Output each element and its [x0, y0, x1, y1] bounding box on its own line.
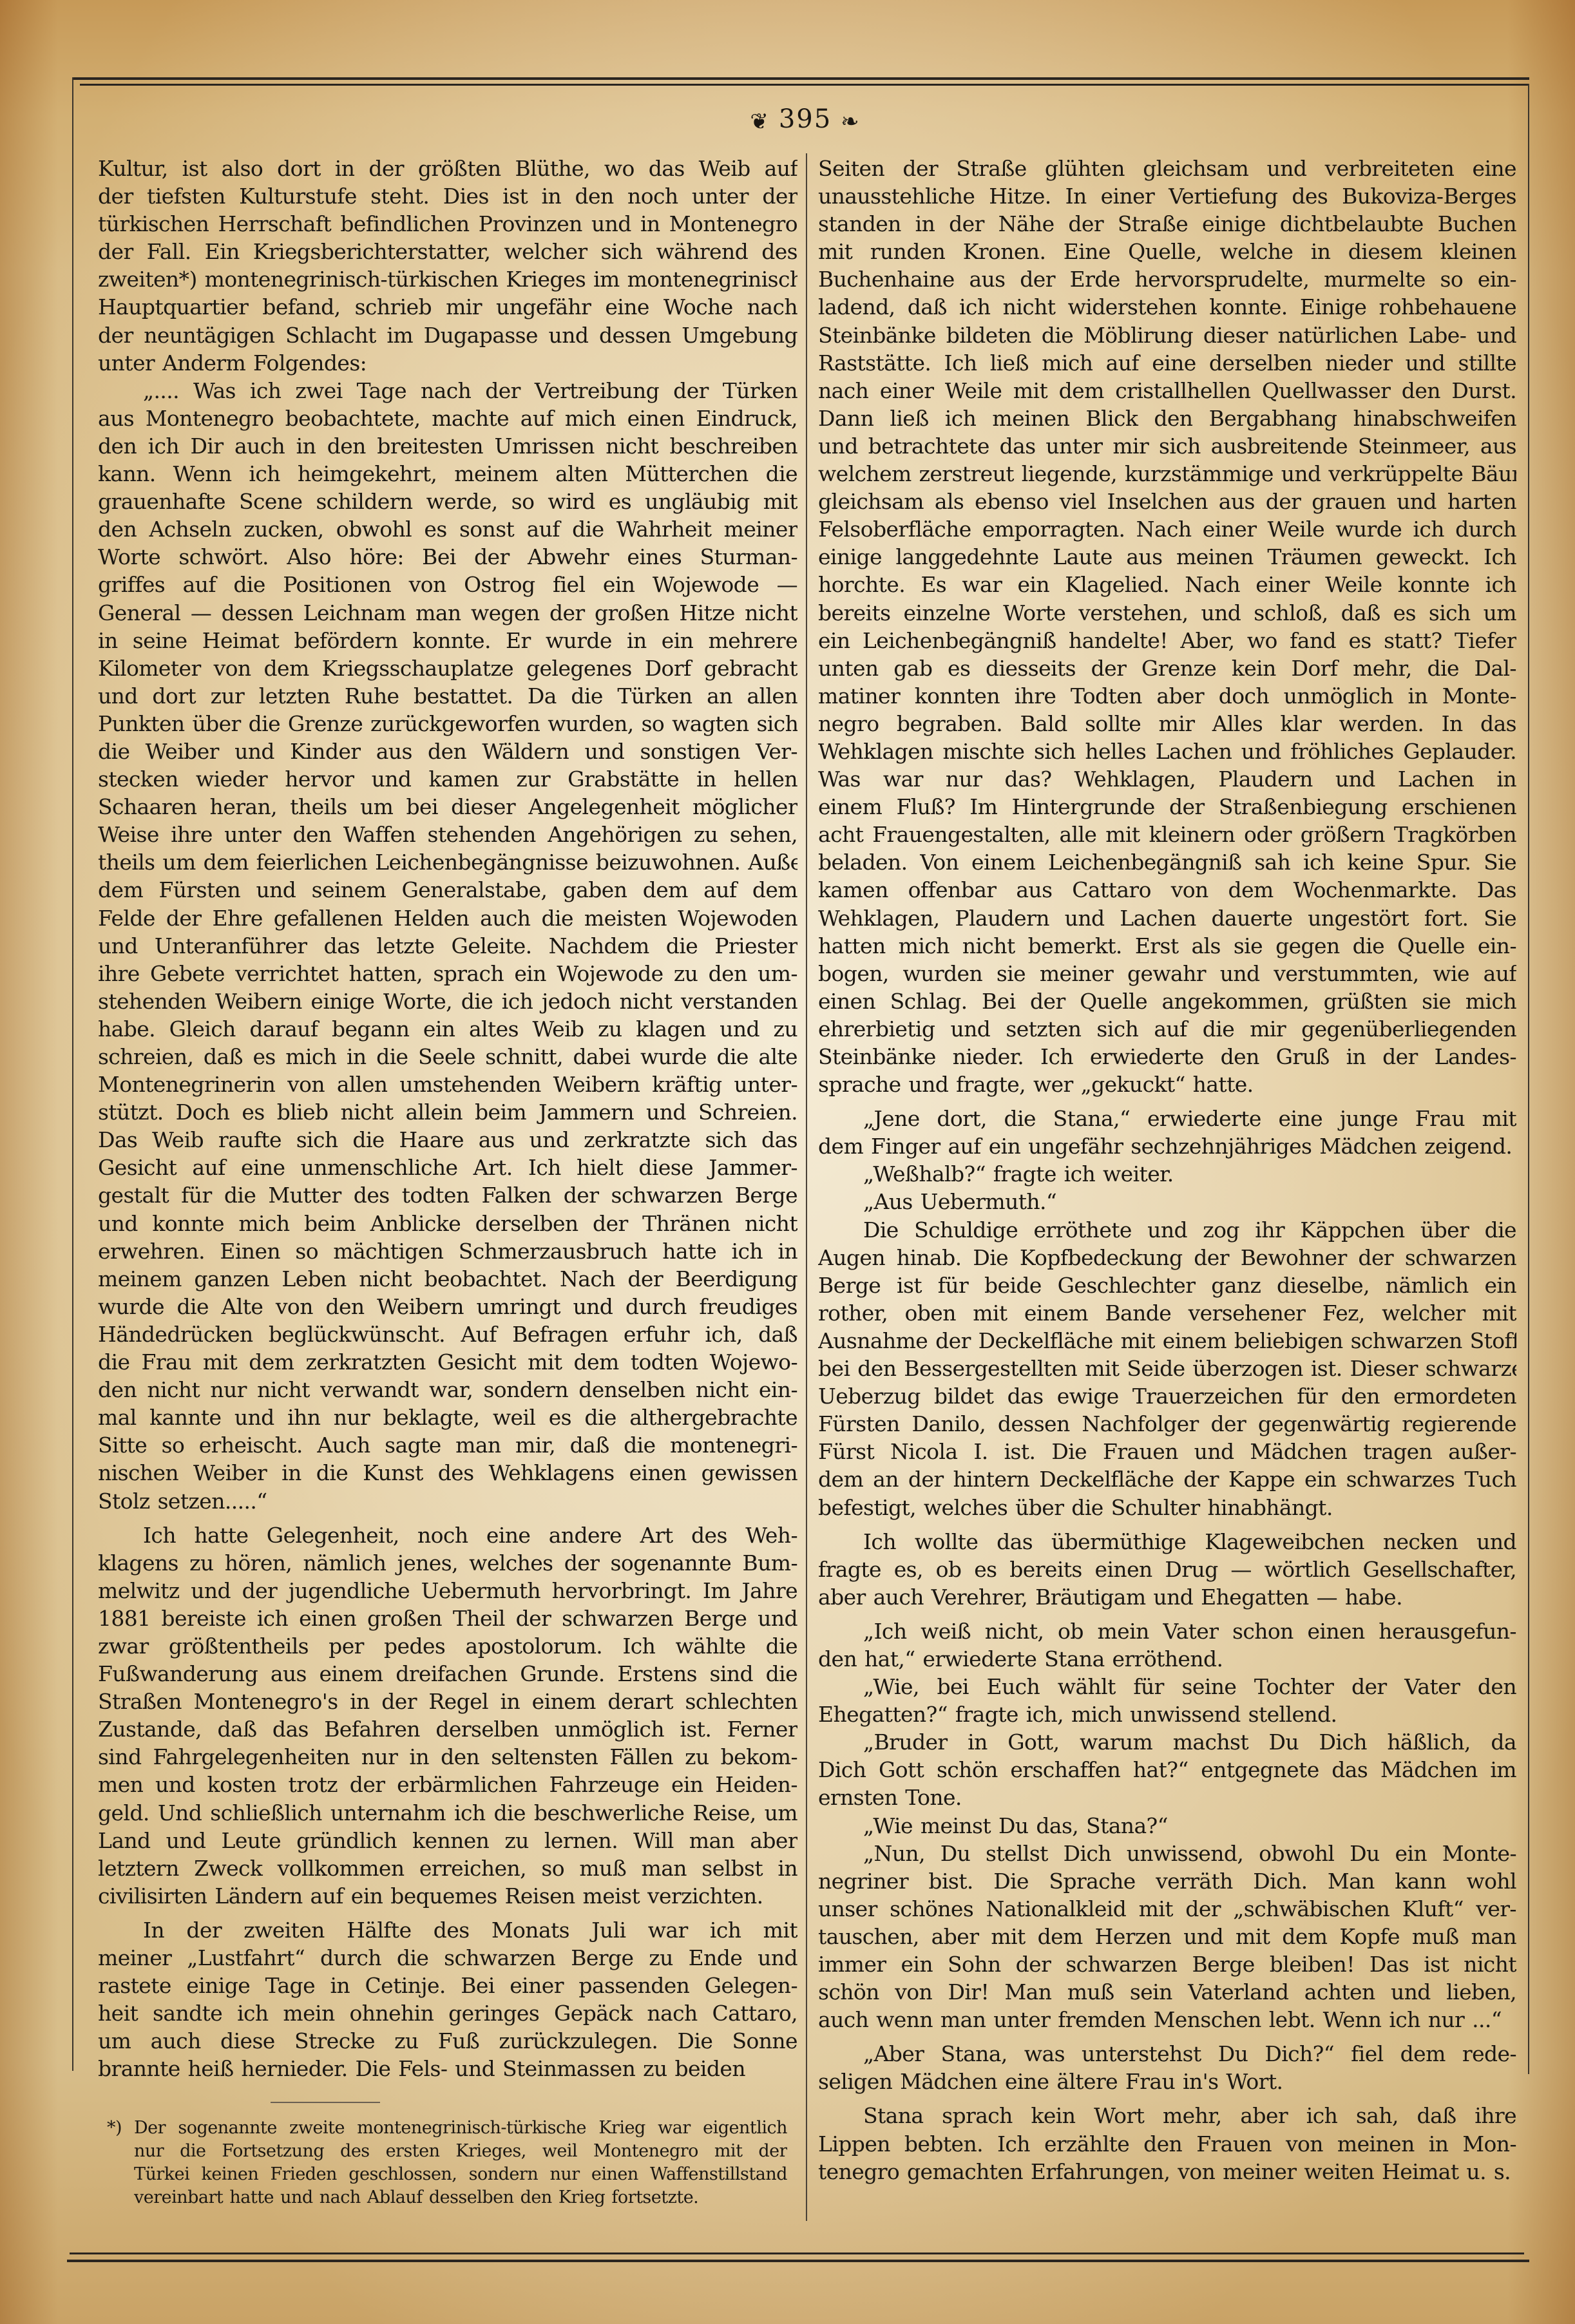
- paragraph-line: Fürst Nicola I. ist. Die Frauen und Mädc…: [818, 1438, 1516, 1465]
- paragraph-line: Die Schuldige erröthete und zog ihr Käpp…: [818, 1216, 1516, 1244]
- paragraph-line: rother, oben mit einem Bande versehener …: [818, 1299, 1516, 1327]
- paragraph-line: In der zweiten Hälfte des Monats Juli wa…: [98, 1916, 797, 1944]
- paragraph-line: sind Fahrgelegenheiten nur in den selten…: [98, 1743, 797, 1771]
- paragraph-line: „Nun, Du stellst Dich unwissend, obwohl …: [818, 1840, 1516, 1867]
- paragraph-line: negriner bist. Die Sprache verräth Dich.…: [818, 1867, 1516, 1895]
- paragraph-line: theils um dem feierlichen Leichenbegängn…: [98, 848, 797, 876]
- paragraph-line: matiner konnten ihre Todten aber doch un…: [818, 682, 1516, 710]
- paragraph-line: der neuntägigen Schlacht im Dugapasse un…: [98, 321, 797, 349]
- paragraph-line: Felde der Ehre gefallenen Helden auch di…: [98, 904, 797, 932]
- paragraph-line: den nicht nur nicht verwandt war, sonder…: [98, 1376, 797, 1404]
- paragraph-line: Schaaren heran, theils um bei dieser Ang…: [98, 793, 797, 821]
- paragraph-line: Dich Gott schön erschaffen hat?“ entgegn…: [818, 1756, 1516, 1784]
- paragraph-line: kamen offenbar aus Cattaro von dem Woche…: [818, 876, 1516, 904]
- paragraph-line: Ehegatten?“ fragte ich, mich unwissend s…: [818, 1700, 1516, 1728]
- paragraph-line: ein Leichenbegängniß handelte! Aber, wo …: [818, 627, 1516, 654]
- paragraph-line: standen in der Nähe der Straße einige di…: [818, 210, 1516, 238]
- paragraph-line: zweiten*) montenegrinisch-türkischen Kri…: [98, 265, 797, 293]
- paragraph-line: Was war nur das? Wehklagen, Plaudern und…: [818, 765, 1516, 793]
- paragraph-line: „.... Was ich zwei Tage nach der Vertrei…: [98, 377, 797, 405]
- paragraph-line: und betrachtete das unter mir sich ausbr…: [818, 432, 1516, 460]
- paragraph-line: habe. Gleich darauf begann ein altes Wei…: [98, 1015, 797, 1043]
- paragraph-line: Felsoberfläche emporragten. Nach einer W…: [818, 515, 1516, 543]
- footnote-line: Türkei keinen Frieden geschlossen, sonde…: [107, 2163, 787, 2186]
- paragraph-line: die Weiber und Kinder aus den Wäldern un…: [98, 738, 797, 765]
- paragraph-line: Ueberzug bildet das ewige Trauerzeichen …: [818, 1382, 1516, 1410]
- paragraph-line: unser schönes Nationalkleid mit der „sch…: [818, 1895, 1516, 1923]
- paragraph-line: immer ein Sohn der schwarzen Berge bleib…: [818, 1950, 1516, 1978]
- paragraph-line: General — dessen Leichnam man wegen der …: [98, 599, 797, 627]
- paragraph-line: der Fall. Ein Kriegsberichterstatter, we…: [98, 238, 797, 265]
- paragraph-line: Fußwanderung aus einem dreifachen Grunde…: [98, 1660, 797, 1688]
- paragraph-line: kann. Wenn ich heimgekehrt, meinem alten…: [98, 460, 797, 488]
- paragraph-line: beladen. Von einem Leichenbegängniß sah …: [818, 848, 1516, 876]
- paragraph-line: „Bruder in Gott, warum machst Du Dich hä…: [818, 1728, 1516, 1756]
- paragraph-line: Seiten der Straße glühten gleichsam und …: [818, 155, 1516, 182]
- paragraph-line: griffes auf die Positionen von Ostrog fi…: [98, 571, 797, 598]
- paragraph-line: schreien, daß es mich in die Seele schni…: [98, 1043, 797, 1071]
- paragraph-line: um auch diese Strecke zu Fuß zurückzuleg…: [98, 2027, 797, 2055]
- paragraph-line: Kultur, ist also dort in der größten Blü…: [98, 155, 797, 182]
- paragraph-line: zwar größtentheils per pedes apostolorum…: [98, 1632, 797, 1660]
- paragraph-line: grauenhafte Scene schildern werde, so wi…: [98, 488, 797, 515]
- paragraph-line: civilisirten Ländern auf ein bequemes Re…: [98, 1882, 797, 1910]
- paragraph-line: stecken wieder hervor und kamen zur Grab…: [98, 765, 797, 793]
- paragraph-line: und Unteranführer das letzte Geleite. Na…: [98, 932, 797, 960]
- paragraph-line: bei den Bessergestellten mit Seide überz…: [818, 1355, 1516, 1382]
- paragraph-line: den ich Dir auch in den breitesten Umris…: [98, 432, 797, 460]
- paragraph-line: schön von Dir! Man muß sein Vaterland ac…: [818, 1978, 1516, 2006]
- paragraph-line: dem an der hintern Deckelfläche der Kapp…: [818, 1465, 1516, 1493]
- paragraph-line: Das Weib raufte sich die Haare aus und z…: [98, 1126, 797, 1154]
- right-column: Seiten der Straße glühten gleichsam und …: [818, 155, 1516, 2186]
- paragraph-line: Ich wollte das übermüthige Klageweibchen…: [818, 1528, 1516, 1556]
- paragraph-line: letztern Zweck vollkommen erreichen, so …: [98, 1854, 797, 1882]
- paragraph-line: den Achseln zucken, obwohl es sonst auf …: [98, 515, 797, 543]
- paragraph-line: Land und Leute gründlich kennen zu lerne…: [98, 1827, 797, 1854]
- paragraph-line: dem Finger auf ein ungefähr sechzehnjähr…: [818, 1132, 1516, 1160]
- paragraph-line: ihre Gebete verrichtet hatten, sprach ei…: [98, 960, 797, 987]
- paragraph-line: Worte schwört. Also höre: Bei der Abwehr…: [98, 543, 797, 571]
- paragraph-line: klagens zu hören, nämlich jenes, welches…: [98, 1549, 797, 1577]
- paragraph-line: Ausnahme der Deckelfläche mit einem beli…: [818, 1327, 1516, 1355]
- paragraph-line: bereits einzelne Worte verstehen, und sc…: [818, 599, 1516, 627]
- paragraph-line: „Aber Stana, was unterstehst Du Dich?“ f…: [818, 2040, 1516, 2068]
- footnote-line: vereinbart hatte und nach Ablauf desselb…: [107, 2186, 787, 2209]
- paragraph-line: heit sandte ich mein ohnehin geringes Ge…: [98, 1999, 797, 2027]
- paragraph-line: Raststätte. Ich ließ mich auf eine derse…: [818, 349, 1516, 377]
- paragraph-line: Stolz setzen.....“: [98, 1487, 797, 1515]
- paragraph-line: „Wie meinst Du das, Stana?“: [818, 1812, 1516, 1840]
- paragraph-line: Dann ließ ich meinen Blick den Bergabhan…: [818, 405, 1516, 432]
- paragraph-line: melwitz und der jugendliche Uebermuth he…: [98, 1577, 797, 1605]
- paragraph-line: sprache und fragte, wer „gekuckt“ hatte.: [818, 1071, 1516, 1098]
- left-column: Kultur, ist also dort in der größten Blü…: [98, 155, 797, 2082]
- footnote: *) Der sogenannte zweite montenegrinisch…: [107, 2117, 787, 2209]
- paragraph-line: die Frau mit dem zerkratzten Gesicht mit…: [98, 1348, 797, 1376]
- paragraph-line: den hat,“ erwiederte Stana erröthend.: [818, 1645, 1516, 1673]
- ornament-left-icon: ❦: [750, 109, 770, 135]
- paragraph-line: horchte. Es war ein Klagelied. Nach eine…: [818, 571, 1516, 598]
- paragraph-line: tauschen, aber mit dem Herzen und mit de…: [818, 1923, 1516, 1950]
- footnote-line: Der sogenannte zweite montenegrinisch-tü…: [107, 2117, 787, 2140]
- paragraph-line: Stana sprach kein Wort mehr, aber ich sa…: [818, 2102, 1516, 2129]
- paragraph-line: Weise ihre unter den Waffen stehenden An…: [98, 821, 797, 848]
- paragraph-line: geld. Und schließlich unternahm ich die …: [98, 1799, 797, 1827]
- paragraph-line: nach einer Weile mit dem cristallhellen …: [818, 377, 1516, 405]
- paragraph-line: Buchenhaine aus der Erde hervorsprudelte…: [818, 265, 1516, 293]
- paragraph-line: 1881 bereiste ich einen großen Theil der…: [98, 1605, 797, 1632]
- footnote-rule: [271, 2102, 380, 2103]
- paragraph-line: Gesicht auf eine unmenschliche Art. Ich …: [98, 1154, 797, 1181]
- footnote-line: nur die Fortsetzung des ersten Krieges, …: [107, 2140, 787, 2163]
- page-header: ❦395❧: [709, 104, 902, 134]
- paragraph-line: negro begraben. Bald sollte mir Alles kl…: [818, 710, 1516, 738]
- paragraph-line: Fürsten Danilo, dessen Nachfolger der ge…: [818, 1410, 1516, 1438]
- paragraph-line: ladend, daß ich nicht widerstehen konnte…: [818, 293, 1516, 321]
- paragraph-line: tenegro gemachten Erfahrungen, von meine…: [818, 2158, 1516, 2186]
- paragraph-line: Punkten über die Grenze zurückgeworfen w…: [98, 710, 797, 738]
- paragraph-line: gleichsam als ebenso viel Inselchen aus …: [818, 488, 1516, 515]
- paragraph-line: „Weßhalb?“ fragte ich weiter.: [818, 1160, 1516, 1188]
- paragraph-line: meiner „Lustfahrt“ durch die schwarzen B…: [98, 1944, 797, 1972]
- paragraph-line: Wehklagen mischte sich helles Lachen und…: [818, 738, 1516, 765]
- paragraph-line: und dort zur letzten Ruhe bestattet. Da …: [98, 682, 797, 710]
- paragraph-line: mal kannte und ihn nur beklagte, weil es…: [98, 1404, 797, 1431]
- paragraph-line: aus Montenegro beobachtete, machte auf m…: [98, 405, 797, 432]
- paragraph-line: bogen, wurden sie meiner gewahr und vers…: [818, 960, 1516, 987]
- paragraph-line: befestigt, welches über die Schulter hin…: [818, 1494, 1516, 1521]
- paragraph-line: unausstehliche Hitze. In einer Vertiefun…: [818, 182, 1516, 210]
- paragraph-line: „Jene dort, die Stana,“ erwiederte eine …: [818, 1105, 1516, 1132]
- paragraph-line: einen Schlag. Bei der Quelle angekommen,…: [818, 987, 1516, 1015]
- paragraph-line: aber auch Verehrer, Bräutigam und Ehegat…: [818, 1583, 1516, 1611]
- paragraph-line: erwehren. Einen so mächtigen Schmerzausb…: [98, 1237, 797, 1265]
- paragraph-line: unten gab es diesseits der Grenze kein D…: [818, 654, 1516, 682]
- paragraph-line: und konnte mich beim Anblicke derselben …: [98, 1210, 797, 1237]
- paragraph-line: unter Anderm Folgendes:: [98, 349, 797, 377]
- paragraph-line: der tiefsten Kulturstufe steht. Dies ist…: [98, 182, 797, 210]
- paragraph-line: acht Frauengestalten, alle mit kleinern …: [818, 821, 1516, 848]
- paragraph-line: Hauptquartier befand, schrieb mir ungefä…: [98, 293, 797, 321]
- frame-bottom-rule-outer: [67, 2260, 1529, 2262]
- paragraph-line: Augen hinab. Die Kopfbedeckung der Bewoh…: [818, 1244, 1516, 1272]
- page-number: 395: [779, 104, 832, 134]
- paragraph-line: stützt. Doch es blieb nicht allein beim …: [98, 1098, 797, 1126]
- paragraph-line: men und kosten trotz der erbärmlichen Fa…: [98, 1771, 797, 1798]
- paragraph-line: Berge ist für beide Geschlechter ganz di…: [818, 1272, 1516, 1299]
- paragraph-line: einem Fluß? Im Hintergrunde der Straßenb…: [818, 793, 1516, 821]
- paragraph-line: Zustande, daß das Befahren derselben unm…: [98, 1715, 797, 1743]
- paragraph-line: meinem ganzen Leben nicht beobachtet. Na…: [98, 1265, 797, 1293]
- paragraph-line: Steinbänke nieder. Ich erwiederte den Gr…: [818, 1043, 1516, 1071]
- paragraph-line: gestalt für die Mutter des todten Falken…: [98, 1181, 797, 1209]
- paragraph-line: welchem zerstreut liegende, kurzstämmige…: [818, 460, 1516, 488]
- paragraph-line: türkischen Herrschaft befindlichen Provi…: [98, 210, 797, 238]
- footnote-marker: *): [107, 2117, 122, 2140]
- frame-right-side: [1528, 84, 1529, 2074]
- frame-top-rule-inner: [80, 84, 1529, 86]
- paragraph-line: Ich hatte Gelegenheit, noch eine andere …: [98, 1521, 797, 1549]
- paragraph-line: hatten mich nicht bemerkt. Erst als sie …: [818, 932, 1516, 960]
- paragraph-line: wurde die Alte von den Weibern umringt u…: [98, 1293, 797, 1320]
- paragraph-line: in seine Heimat befördern konnte. Er wur…: [98, 627, 797, 654]
- paragraph-line: ehrerbietig und setzten sich auf die mir…: [818, 1015, 1516, 1043]
- paragraph-line: ernsten Tone.: [818, 1784, 1516, 1811]
- paragraph-line: seligen Mädchen eine ältere Frau in's Wo…: [818, 2068, 1516, 2095]
- frame-bottom-rule-inner: [70, 2253, 1524, 2254]
- paragraph-line: Steinbänke bildeten die Möblirung dieser…: [818, 321, 1516, 349]
- paragraph-line: „Ich weiß nicht, ob mein Vater schon ein…: [818, 1617, 1516, 1645]
- paragraph-line: „Aus Uebermuth.“: [818, 1188, 1516, 1215]
- ornament-right-icon: ❧: [841, 109, 861, 135]
- paragraph-line: einige langgedehnte Laute aus meinen Trä…: [818, 543, 1516, 571]
- paragraph-line: auch wenn man unter fremden Menschen leb…: [818, 2006, 1516, 2034]
- paragraph-line: stehenden Weibern einige Worte, die ich …: [98, 987, 797, 1015]
- paragraph-line: nischen Weiber in die Kunst des Wehklage…: [98, 1459, 797, 1487]
- paragraph-line: Sitte so erheischt. Auch sagte man mir, …: [98, 1431, 797, 1459]
- frame-left-side: [72, 77, 73, 2071]
- paragraph-line: Straßen Montenegro's in der Regel in ein…: [98, 1688, 797, 1715]
- paragraph-line: mit runden Kronen. Eine Quelle, welche i…: [818, 238, 1516, 265]
- paragraph-line: Lippen bebten. Ich erzählte den Frauen v…: [818, 2130, 1516, 2158]
- paragraph-line: Kilometer von dem Kriegsschauplatze gele…: [98, 654, 797, 682]
- frame-top-rule-outer: [72, 77, 1529, 80]
- paragraph-line: rastete einige Tage in Cetinje. Bei eine…: [98, 1972, 797, 1999]
- paragraph-line: dem Fürsten und seinem Generalstabe, gab…: [98, 876, 797, 904]
- paragraph-line: fragte es, ob es bereits einen Drug — wö…: [818, 1556, 1516, 1583]
- paragraph-line: Händedrücken beglückwünscht. Auf Befrage…: [98, 1320, 797, 1348]
- paragraph-line: Montenegrinerin von allen umstehenden We…: [98, 1071, 797, 1098]
- column-divider: [806, 153, 807, 2221]
- paragraph-line: Wehklagen, Plaudern und Lachen dauerte u…: [818, 904, 1516, 932]
- paragraph-line: „Wie, bei Euch wählt für seine Tochter d…: [818, 1673, 1516, 1700]
- paragraph-line: brannte heiß hernieder. Die Fels- und St…: [98, 2055, 797, 2082]
